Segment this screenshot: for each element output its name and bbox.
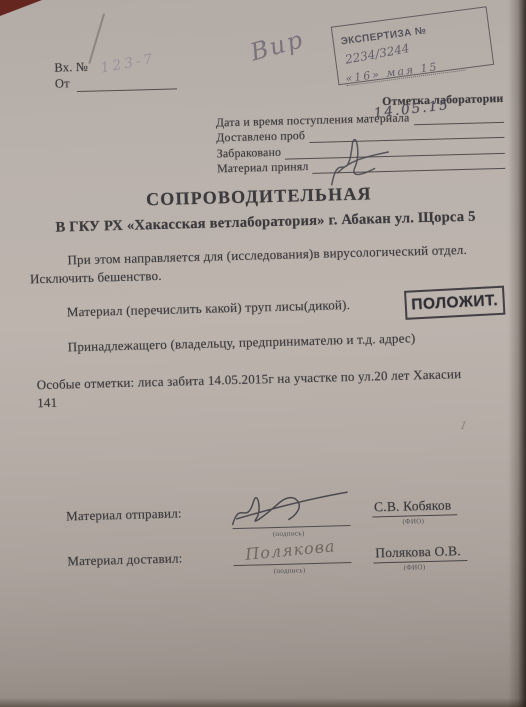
expertise-stamp-title: ЭКСПЕРТИЗА №: [340, 25, 427, 47]
deliverer-signature-handwritten: Полякова: [244, 536, 336, 564]
special-notes-line-2: 141: [37, 394, 57, 410]
paper-crease: [88, 13, 104, 63]
owner-line: Принадлежащего (владельцу, предпринимате…: [68, 328, 488, 355]
incoming-number-label: Вх. №: [54, 60, 88, 76]
deliverer-role-label: Материал доставил:: [67, 550, 183, 569]
material-line: Материал (перечислить какой) труп лисы(д…: [67, 295, 407, 320]
signature-caption: (подпись): [273, 529, 305, 538]
purpose-paragraph: При этом направляется для (исследования)…: [29, 240, 512, 288]
sender-name: С.В. Кобяков: [372, 497, 458, 517]
photo-corner-artifact: [0, 0, 42, 16]
sender-signature-line: [233, 525, 351, 529]
name-caption: (ФИО): [404, 563, 426, 572]
deliverer-name: Полякова О.В.: [373, 543, 467, 563]
handwritten-note-vir: Вир: [247, 25, 307, 67]
special-notes: Особые отметки: лиса забита 14.05.2015г …: [37, 364, 516, 412]
faint-pen-mark: 1: [459, 419, 468, 433]
from-label: От: [55, 76, 70, 91]
lab-marks-block: Отметка лаборатории Дата и время поступл…: [215, 91, 505, 177]
expertise-stamp: ЭКСПЕРТИЗА № 2234/3244 «16» мая 15: [331, 6, 494, 85]
purpose-line-1: При этом направляется для (исследования)…: [67, 242, 467, 267]
from-blank-line: [77, 88, 177, 92]
special-notes-line-1: Особые отметки: лиса забита 14.05.2015г …: [37, 366, 462, 392]
document-photo: Вх. № 123-7 От Вир ЭКСПЕРТИЗА № 2234/324…: [0, 0, 526, 707]
signature-caption: (подпись): [274, 566, 306, 575]
addressee-line: В ГКУ РХ «Хакасская ветлаборатория» г. А…: [22, 208, 508, 238]
incoming-number-handwritten: 123-7: [99, 51, 156, 77]
result-stamp-polozhit: ПОЛОЖИТ.: [404, 286, 505, 320]
purpose-line-2: Исключить бешенство.: [30, 266, 162, 287]
sender-role-label: Материал отправил:: [66, 505, 182, 524]
paper-form: Вх. № 123-7 От Вир ЭКСПЕРТИЗА № 2234/324…: [0, 0, 526, 707]
name-caption: (ФИО): [402, 517, 424, 526]
